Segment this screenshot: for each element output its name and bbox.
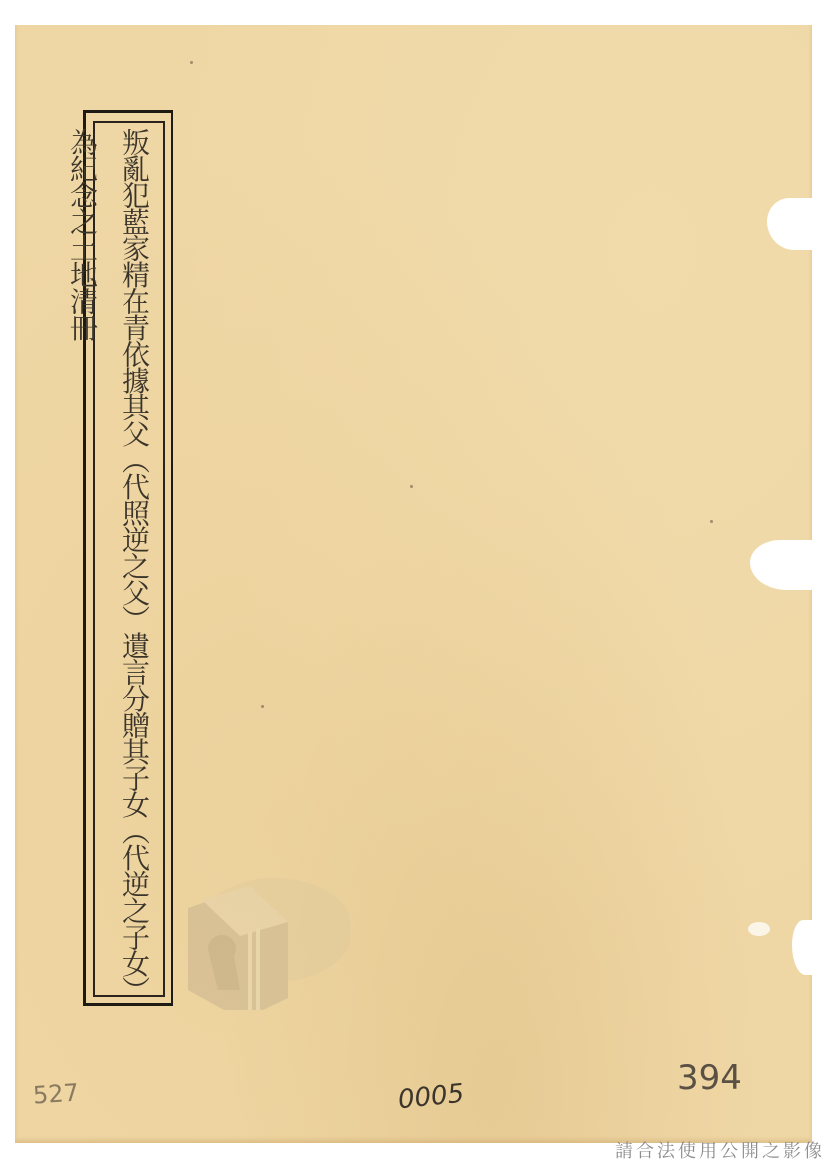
paper-tear: [792, 920, 817, 975]
paper-speck: [710, 520, 713, 523]
paper-speck: [190, 61, 193, 64]
paper-speck: [261, 705, 264, 708]
handwritten-number-left: 527: [32, 1078, 80, 1109]
document-title: 叛亂犯藍家精在青依據其父（代照逆之父）遺言分贈其子女（代逆之子女）為紀念之土地清…: [104, 128, 160, 990]
paper-hole: [748, 922, 770, 936]
handwritten-number-right: 394: [677, 1058, 742, 1098]
usage-notice: 請合法使用公開之影像: [615, 1137, 825, 1163]
archive-watermark-icon: [180, 870, 350, 1010]
paper-speck: [410, 485, 413, 488]
